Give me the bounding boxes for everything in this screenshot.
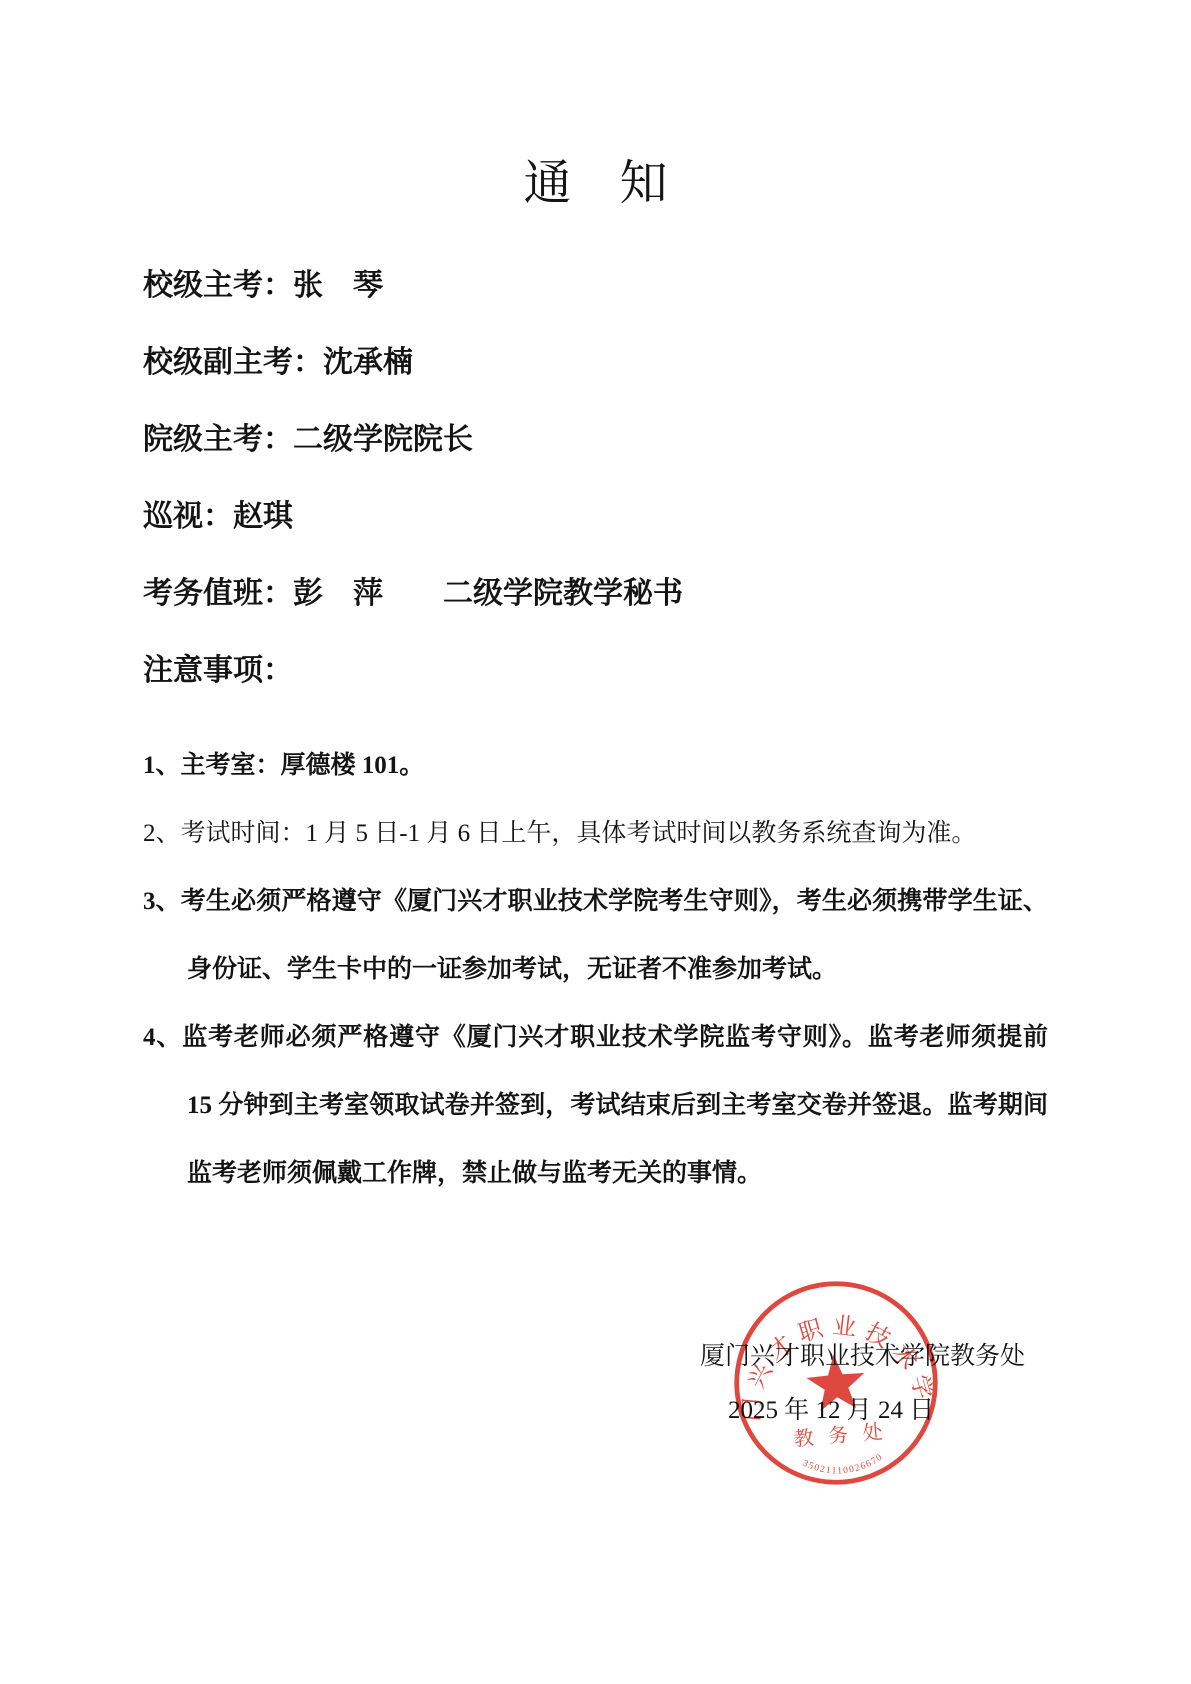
notes-list: 1、主考室：厚德楼 101。 2、考试时间：1 月 5 日-1 月 6 日上午，…	[143, 732, 1048, 1208]
notes-heading: 注意事项：	[143, 655, 1048, 687]
notice-document: 通 知 校级主考：张 琴 校级副主考：沈承楠 院级主考：二级学院院长 巡视：赵琪…	[0, 0, 1191, 1684]
info-line-deputy-examiner: 校级副主考：沈承楠	[143, 347, 1048, 379]
note-item-1: 1、主考室：厚德楼 101。	[143, 732, 1048, 800]
official-stamp: 厦门兴才职业技术学院 教 务 处 35021110026670	[722, 1269, 950, 1497]
signature-date: 2025 年 12 月 24 日	[728, 1396, 934, 1426]
info-line-inspector: 巡视：赵琪	[143, 501, 1048, 533]
info-line-chief-examiner: 校级主考：张 琴	[143, 270, 1048, 302]
svg-text:35021110026670: 35021110026670	[800, 1451, 886, 1480]
note-item-3: 3、考生必须严格遵守《厦门兴才职业技术学院考生守则》，考生必须携带学生证、身份证…	[143, 868, 1048, 1004]
stamp-ring	[728, 1275, 943, 1490]
signature-org: 厦门兴才职业技术学院教务处	[700, 1342, 1025, 1372]
info-line-college-examiner: 院级主考：二级学院院长	[143, 424, 1048, 456]
page-title: 通 知	[143, 155, 1048, 213]
info-line-exam-duty: 考务值班：彭 萍 二级学院教学秘书	[143, 578, 1048, 610]
stamp-code-text: 35021110026670	[800, 1451, 886, 1480]
note-item-4: 4、监考老师必须严格遵守《厦门兴才职业技术学院监考守则》。监考老师须提前 15 …	[143, 1004, 1048, 1208]
note-item-2: 2、考试时间：1 月 5 日-1 月 6 日上午，具体考试时间以教务系统查询为准…	[143, 800, 1048, 868]
